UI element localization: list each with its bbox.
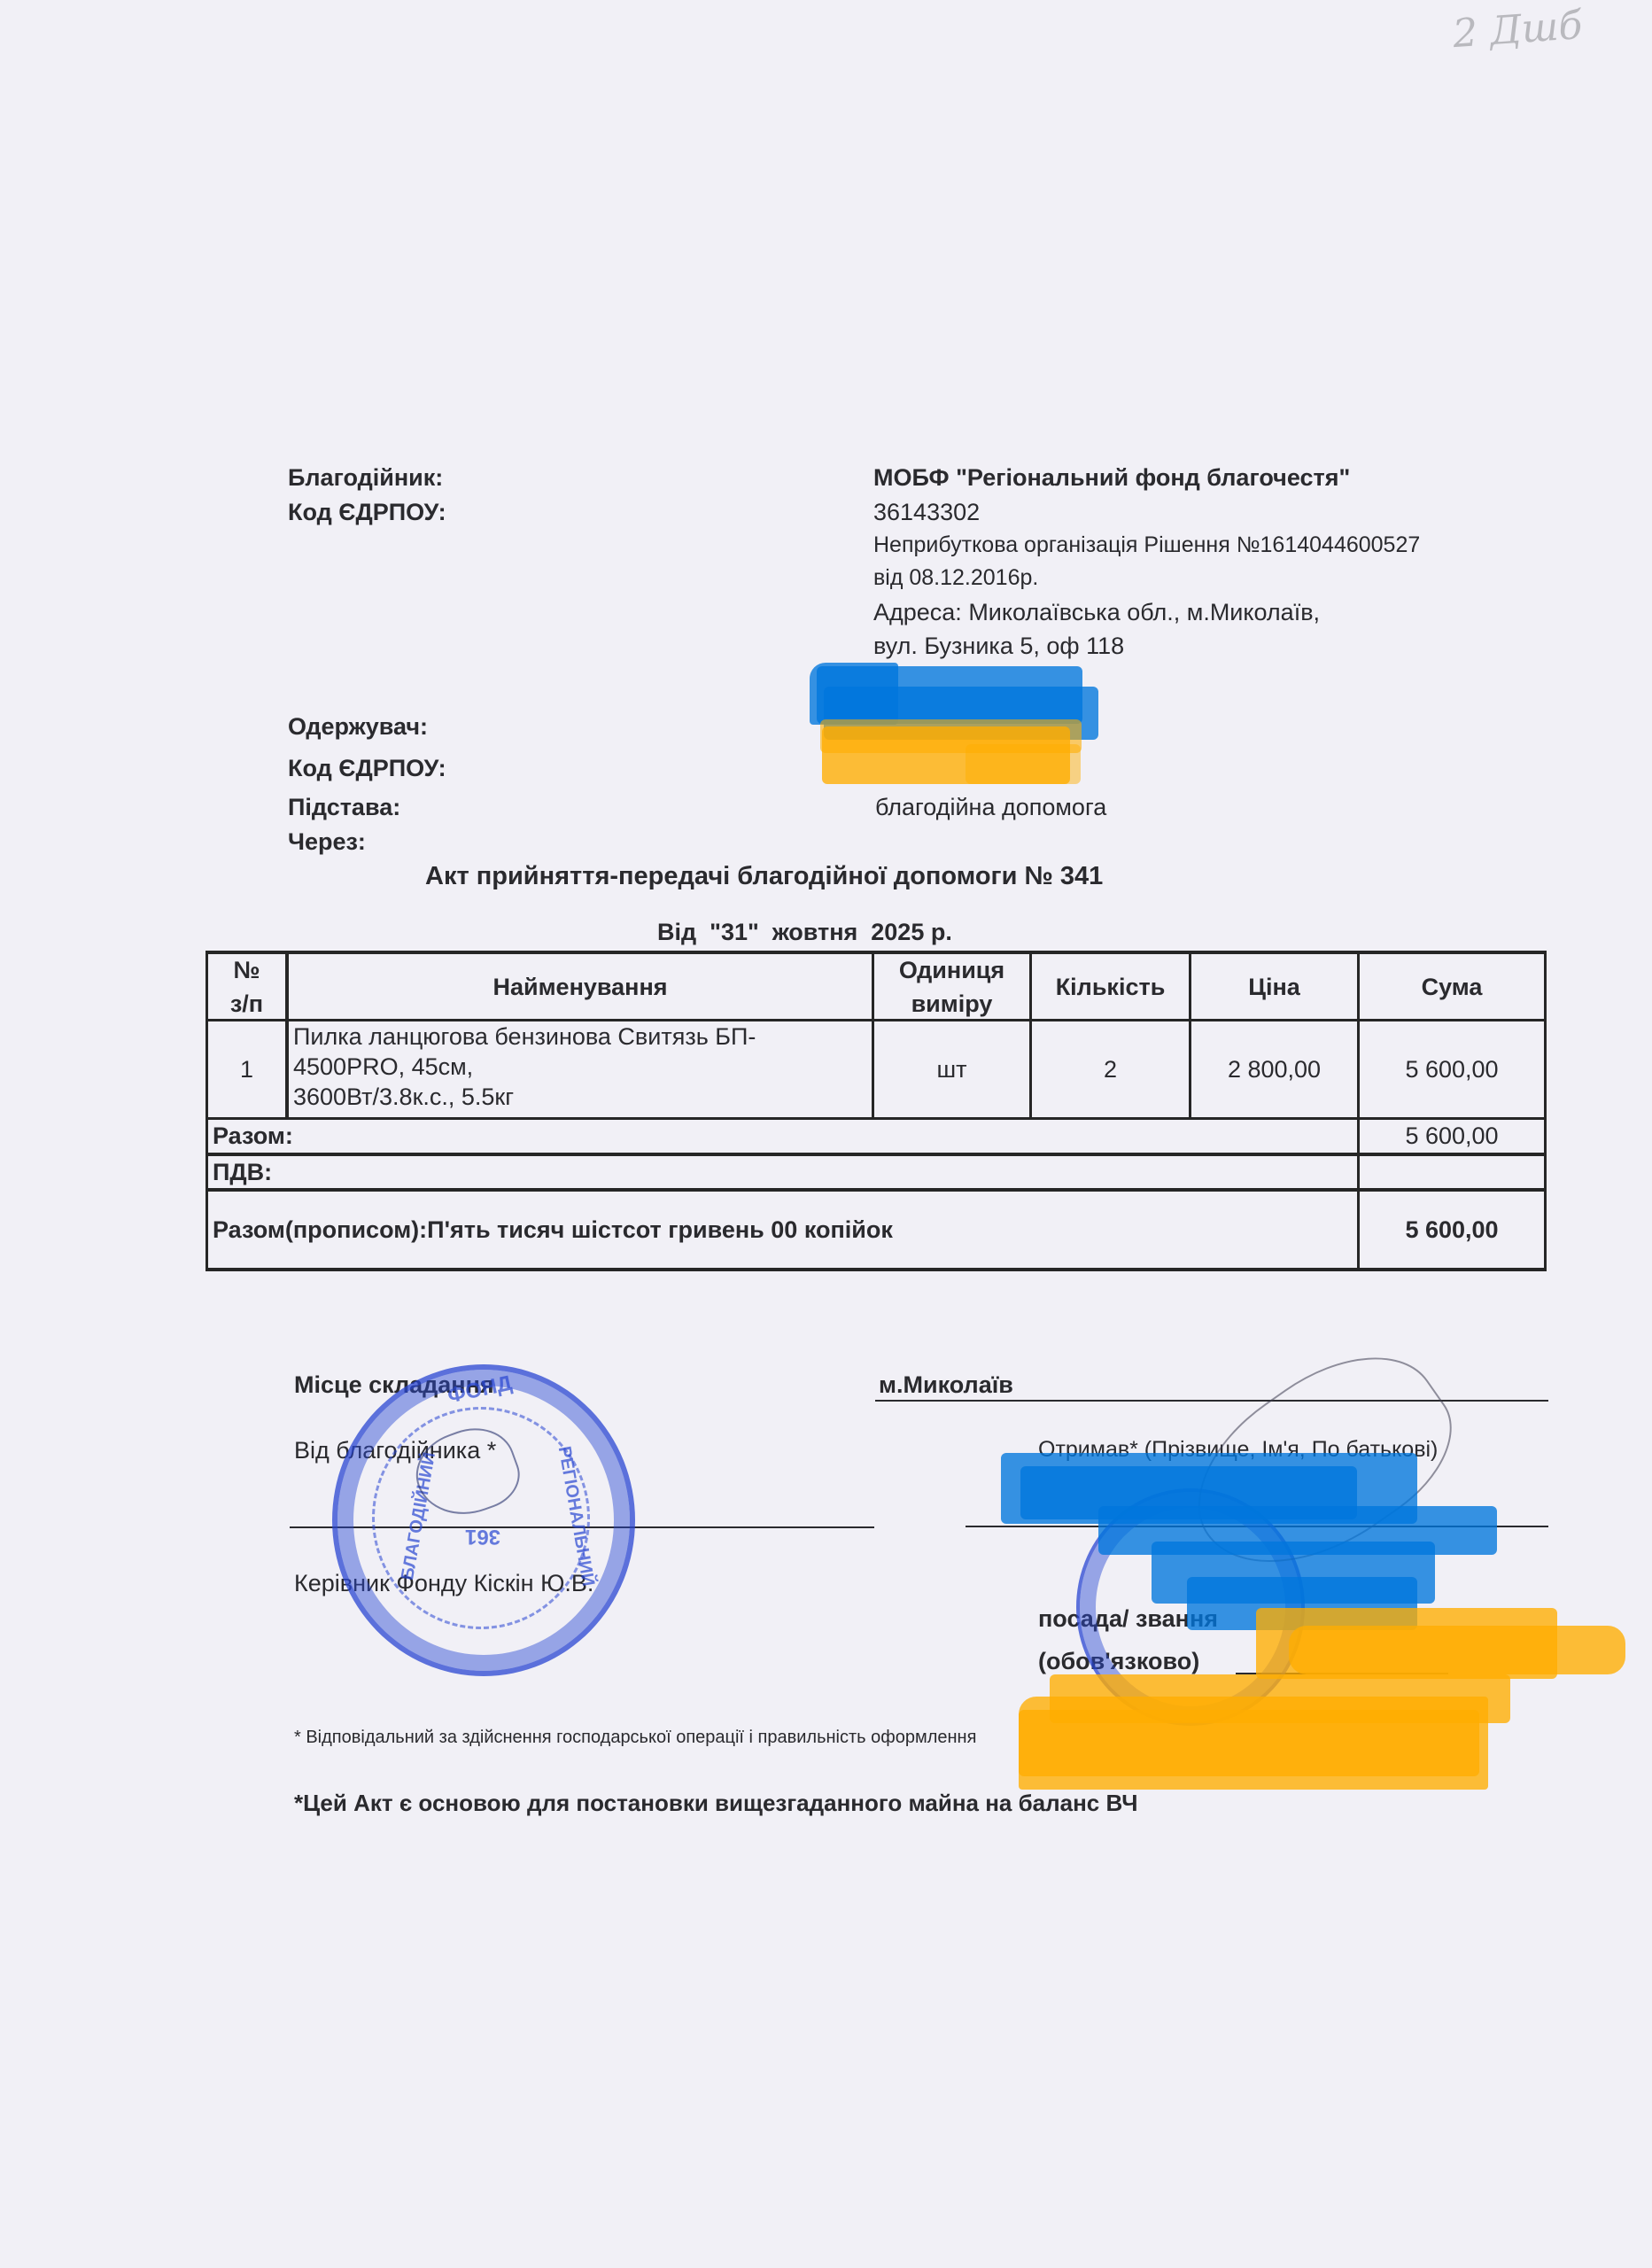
donor-label: Благодійник: [288, 464, 443, 492]
total-in-words: Разом(прописом):П'ять тисяч шістсот грив… [208, 1192, 1355, 1268]
header-unit: Одиниця виміру [874, 954, 1029, 1019]
donor-address-2: вул. Бузника 5, оф 118 [873, 633, 1124, 660]
redaction-yellow [1289, 1626, 1625, 1674]
donor-detail-1: Неприбуткова організація Рішення №161404… [873, 532, 1420, 558]
item-price: 2 800,00 [1191, 1021, 1357, 1117]
recipient-label: Одержувач: [288, 713, 428, 741]
via-label: Через: [288, 828, 366, 856]
header-price: Ціна [1191, 954, 1357, 1019]
donor-edrpou-label: Код ЄДРПОУ: [288, 499, 446, 526]
header-num: № з/п [208, 954, 285, 1019]
vat-value [1360, 1156, 1544, 1188]
item-qty: 2 [1032, 1021, 1189, 1117]
basis-label: Підстава: [288, 794, 400, 821]
header-name: Найменування [289, 954, 872, 1019]
place-value: м.Миколаїв [879, 1371, 1013, 1399]
header-qty: Кількість [1032, 954, 1189, 1019]
redaction-yellow [1019, 1710, 1479, 1776]
item-sum: 5 600,00 [1360, 1021, 1544, 1117]
donor-detail-2: від 08.12.2016р. [873, 565, 1038, 591]
item-unit: шт [874, 1021, 1029, 1117]
act-title: Акт прийняття-передачі благодійної допом… [425, 862, 1103, 891]
redaction-yellow [966, 744, 1081, 784]
recipient-edrpou-label: Код ЄДРПОУ: [288, 755, 446, 782]
header-sum: Сума [1360, 954, 1544, 1019]
total-value: 5 600,00 [1360, 1120, 1544, 1153]
vat-label: ПДВ: [208, 1156, 1355, 1188]
basis-value: благодійна допомога [875, 794, 1106, 821]
donor-name: МОБФ "Регіональний фонд благочестя" [873, 464, 1350, 492]
items-table: № з/п Найменування Одиниця виміру Кількі… [206, 951, 1547, 1271]
footnote-basis: *Цей Акт є основою для постановки вищезг… [294, 1790, 1138, 1817]
donor-edrpou: 36143302 [873, 499, 980, 526]
donor-address-1: Адреса: Миколаївська обл., м.Миколаїв, [873, 599, 1320, 626]
total-label: Разом: [208, 1120, 1355, 1153]
stamp-number: 361 [465, 1524, 500, 1549]
item-name: Пилка ланцюгова бензинова Свитязь БП- 45… [289, 1021, 869, 1117]
handwritten-note: 2 Дшб [1451, 3, 1583, 57]
act-date: Від "31" жовтня 2025 р. [657, 919, 952, 946]
footnote-responsible: * Відповідальний за здійснення господарс… [294, 1728, 976, 1748]
item-num: 1 [208, 1021, 285, 1117]
place-underline [875, 1400, 1548, 1402]
total-in-words-value: 5 600,00 [1360, 1192, 1544, 1268]
